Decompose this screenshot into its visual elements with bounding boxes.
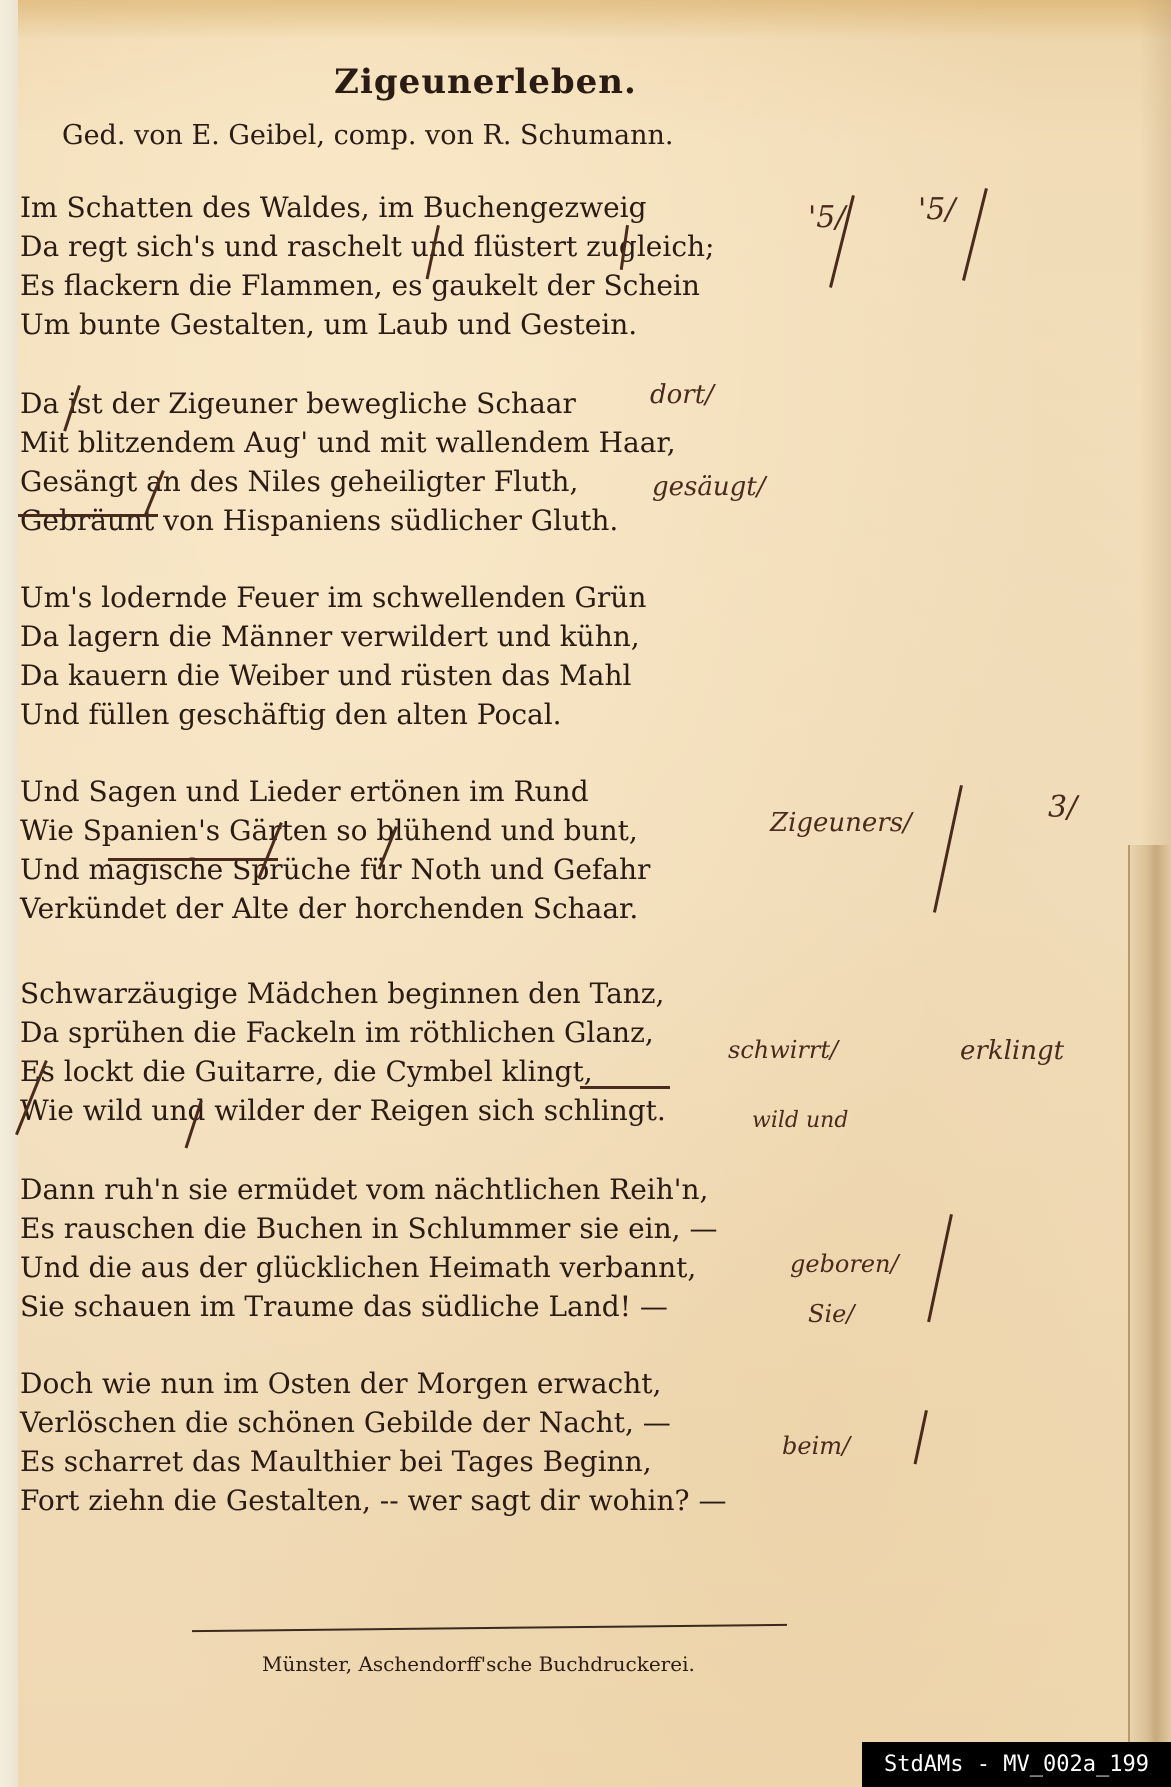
handwritten-note: 3/ (1048, 790, 1077, 825)
verse-line: Mit blitzendem Aug' und mit wallendem Ha… (20, 423, 676, 462)
stanza-3: Um's lodernde Feuer im schwellenden Grün… (20, 578, 646, 734)
verse-line: Im Schatten des Waldes, im Buchengezweig (20, 188, 714, 227)
verse-line: Schwarzäugige Mädchen beginnen den Tanz, (20, 974, 666, 1013)
verse-line: Da lagern die Männer verwildert und kühn… (20, 617, 646, 656)
song-title: Zigeunerleben. (0, 62, 1071, 102)
paper-stain (18, 0, 1171, 40)
paper-shadow (1140, 0, 1171, 845)
verse-line: Wie wild und wilder der Reigen sich schl… (20, 1091, 666, 1130)
ink-underline (108, 858, 278, 861)
verse-line: Es rauschen die Buchen in Schlummer sie … (20, 1209, 717, 1248)
ink-underline (580, 1086, 670, 1089)
archive-label: StdAMs - MV_002a_199 (862, 1742, 1171, 1787)
handwritten-note: gesäugt/ (652, 472, 765, 502)
stanza-7: Doch wie nun im Osten der Morgen erwacht… (20, 1364, 726, 1520)
verse-line: Gesängt an des Niles geheiligter Fluth, (20, 462, 676, 501)
verse-line: Wie Spanien's Gärten so blühend und bunt… (20, 811, 650, 850)
verse-line: Und die aus der glücklichen Heimath verb… (20, 1248, 717, 1287)
verse-line: Und Sagen und Lieder ertönen im Rund (20, 772, 650, 811)
verse-line: Es scharret das Maulthier bei Tages Begi… (20, 1442, 726, 1481)
handwritten-note: Zigeuners/ (770, 808, 912, 838)
verse-line: Verkündet der Alte der horchenden Schaar… (20, 889, 650, 928)
handwritten-note: beim/ (782, 1432, 850, 1460)
scan-left-margin (0, 0, 19, 1787)
ink-underline (18, 514, 158, 517)
verse-line: Da kauern die Weiber und rüsten das Mahl (20, 656, 646, 695)
stanza-5: Schwarzäugige Mädchen beginnen den Tanz,… (20, 974, 666, 1130)
handwritten-note: dort/ (650, 380, 714, 410)
handwritten-note: '5/ (918, 192, 955, 227)
verse-line: Dann ruh'n sie ermüdet vom nächtlichen R… (20, 1170, 717, 1209)
handwritten-note: Sie/ (808, 1300, 854, 1328)
verse-line: Da regt sich's und raschelt und flüstert… (20, 227, 714, 266)
verse-line: Es flackern die Flammen, es gaukelt der … (20, 266, 714, 305)
verse-line: Um's lodernde Feuer im schwellenden Grün (20, 578, 646, 617)
stanza-4: Und Sagen und Lieder ertönen im Rund Wie… (20, 772, 650, 928)
verse-line: Gebräunt von Hispaniens südlicher Gluth. (20, 501, 676, 540)
stanza-1: Im Schatten des Waldes, im Buchengezweig… (20, 188, 714, 344)
stanza-6: Dann ruh'n sie ermüdet vom nächtlichen R… (20, 1170, 717, 1326)
handwritten-note: wild und (752, 1108, 848, 1133)
printer-imprint: Münster, Aschendorff'sche Buchdruckerei. (262, 1652, 695, 1676)
song-credits: Ged. von E. Geibel, comp. von R. Schuman… (62, 120, 673, 151)
verse-line: Um bunte Gestalten, um Laub und Gestein. (20, 305, 714, 344)
handwritten-note: geboren/ (790, 1250, 899, 1278)
verse-line: Verlöschen die schönen Gebilde der Nacht… (20, 1403, 726, 1442)
handwritten-note: schwirrt/ (728, 1036, 838, 1064)
handwritten-note: '5/ (808, 200, 845, 235)
verse-line: Es lockt die Guitarre, die Cymbel klingt… (20, 1052, 666, 1091)
verse-line: Fort ziehn die Gestalten, -- wer sagt di… (20, 1481, 726, 1520)
verse-line: Doch wie nun im Osten der Morgen erwacht… (20, 1364, 726, 1403)
verse-line: Und magische Sprüche für Noth und Gefahr (20, 850, 650, 889)
handwritten-note: erklingt (960, 1036, 1064, 1066)
verse-line: Da sprühen die Fackeln im röthlichen Gla… (20, 1013, 666, 1052)
folded-paper-edge (1128, 845, 1171, 1787)
verse-line: Sie schauen im Traume das südliche Land!… (20, 1287, 717, 1326)
verse-line: Und füllen geschäftig den alten Pocal. (20, 695, 646, 734)
verse-line: Da ist der Zigeuner bewegliche Schaar (20, 384, 676, 423)
